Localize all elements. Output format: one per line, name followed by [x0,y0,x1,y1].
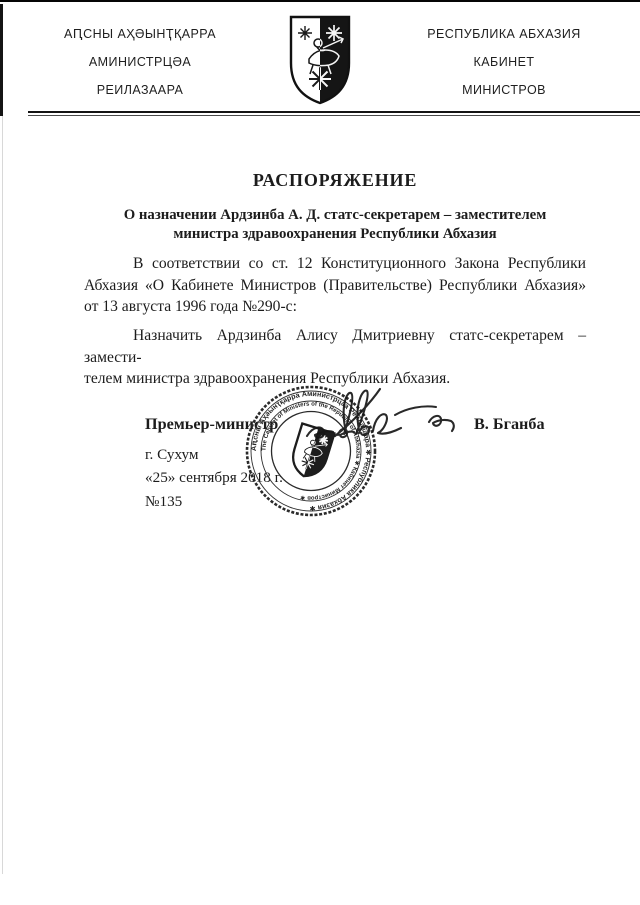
header-divider-rule [28,111,640,116]
paragraph-line: Назначить Ардзинба Алису Дмитриевну стат… [84,325,586,368]
header-left-block: АԤСНЫ АҲӘЫНҬҚАРРА АМИНИСТРЦӘА РЕИЛАЗААРА [16,20,264,104]
scan-artifact-top-edge [0,0,640,2]
paragraph-line: от 13 августа 1996 года №290-с: [84,296,586,318]
paragraph-line: Абхазия «О Кабинете Министров (Правитель… [84,275,586,297]
paragraph-line: В соответствии со ст. 12 Конституционног… [84,253,586,275]
header-right-line-3: МИНИСТРОВ [396,76,612,104]
signer-name: В. Бганба [474,415,545,434]
subject-line-1: О назначении Ардзинба А. Д. статс-секрет… [80,206,590,225]
subject-line-2: министра здравоохранения Республики Абха… [80,225,590,244]
footer-city: г. Сухум [145,446,198,464]
header-left-line-1: АԤСНЫ АҲӘЫНҬҚАРРА [16,20,264,48]
header-right-line-2: КАБИНЕТ [396,48,612,76]
header-left-line-2: АМИНИСТРЦӘА [16,48,264,76]
body-paragraph-2: Назначить Ардзинба Алису Дмитриевну стат… [84,325,586,390]
document-title: РАСПОРЯЖЕНИЕ [85,170,585,191]
footer-document-number: №135 [145,493,182,511]
scan-artifact-left-edge [0,4,3,116]
body-paragraph-1: В соответствии со ст. 12 Конституционног… [84,253,586,318]
header-left-line-3: РЕИЛАЗААРА [16,76,264,104]
handwritten-signature [283,386,461,450]
document-page: АԤСНЫ АҲӘЫНҬҚАРРА АМИНИСТРЦӘА РЕИЛАЗААРА [0,0,640,905]
scan-artifact-left-line [2,116,3,874]
coat-of-arms-icon [287,13,353,106]
document-subject: О назначении Ардзинба А. Д. статс-секрет… [80,206,590,243]
header-right-line-1: РЕСПУБЛИКА АБХАЗИЯ [396,20,612,48]
header-right-block: РЕСПУБЛИКА АБХАЗИЯ КАБИНЕТ МИНИСТРОВ [396,20,612,104]
